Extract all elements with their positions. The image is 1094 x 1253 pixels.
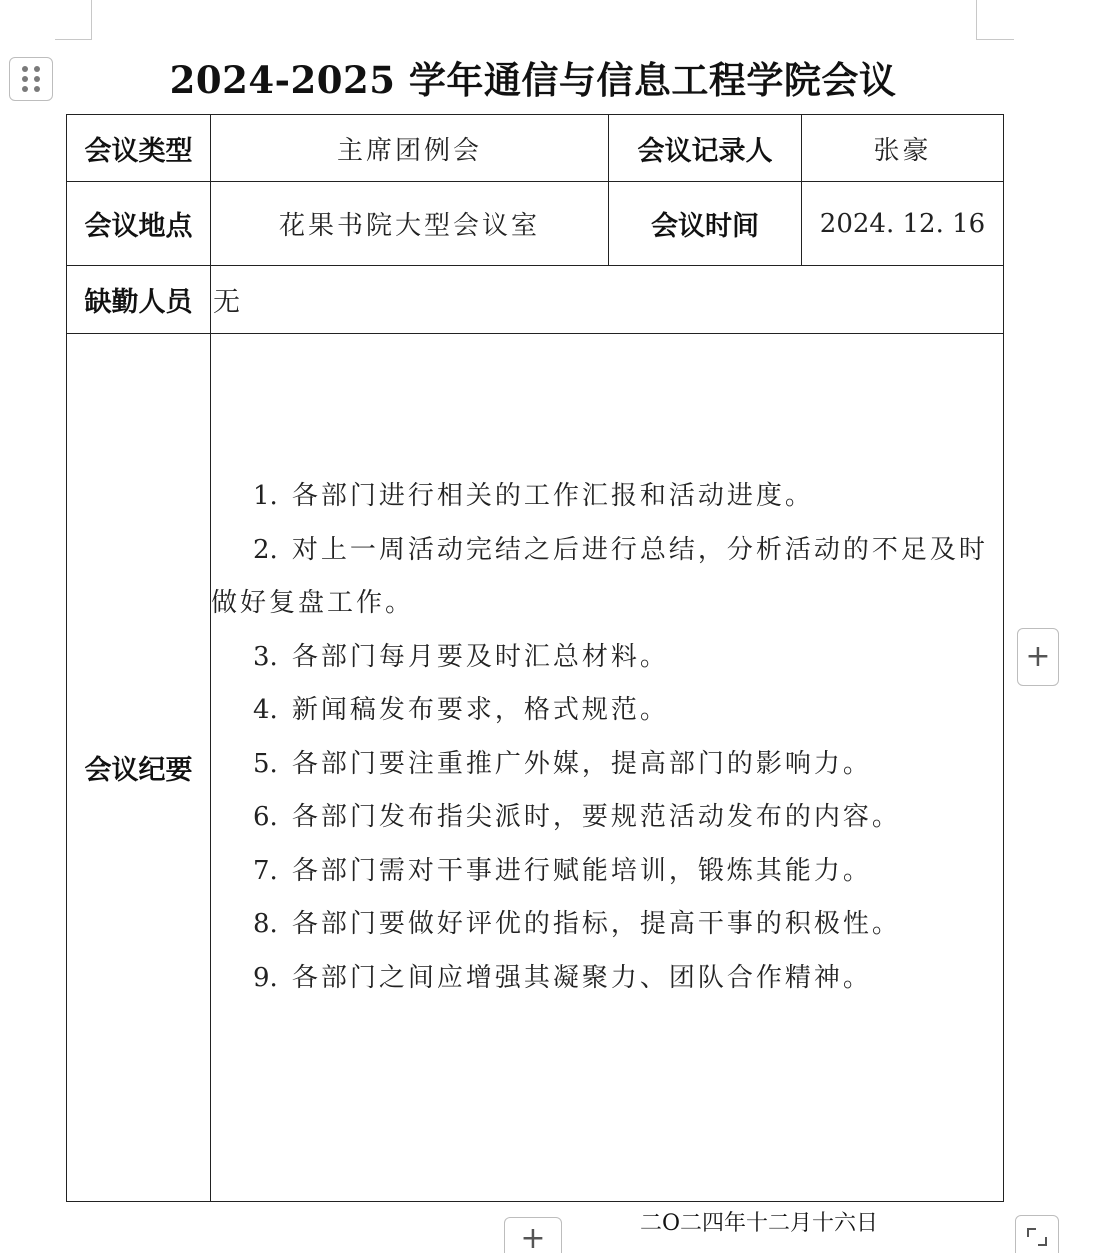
location-label: 会议地点 [67, 182, 211, 266]
minutes-content[interactable]: 1.各部门进行相关的工作汇报和活动进度。 2.对上一周活动完结之后进行总结，分析… [211, 334, 1004, 1202]
minutes-item: 2.对上一周活动完结之后进行总结，分析活动的不足及时做好复盘工作。 [211, 524, 1003, 631]
minutes-item: 7.各部门需对干事进行赋能培训，锻炼其能力。 [211, 845, 1003, 899]
minutes-item: 8.各部门要做好评优的指标，提高干事的积极性。 [211, 898, 1003, 952]
crop-mark-top-left [55, 0, 92, 40]
table-row-minutes: 会议纪要 1.各部门进行相关的工作汇报和活动进度。 2.对上一周活动完结之后进行… [67, 334, 1004, 1202]
meeting-table: 会议类型 主席团例会 会议记录人 张豪 会议地点 花果书院大型会议室 会议时间 … [66, 114, 1004, 1202]
minutes-item: 6.各部门发布指尖派时，要规范活动发布的内容。 [211, 791, 1003, 845]
add-row-button[interactable]: + [504, 1217, 562, 1253]
plus-icon: + [1025, 642, 1050, 672]
time-value[interactable]: 2024. 12. 16 [802, 182, 1004, 266]
meeting-type-value[interactable]: 主席团例会 [211, 115, 609, 182]
minutes-item: 4.新闻稿发布要求，格式规范。 [211, 684, 1003, 738]
resize-corner-icon [1038, 1237, 1047, 1246]
location-value[interactable]: 花果书院大型会议室 [211, 182, 609, 266]
minutes-item: 9.各部门之间应增强其凝聚力、团队合作精神。 [211, 952, 1003, 1006]
add-column-button[interactable]: + [1017, 628, 1059, 686]
plus-icon: + [520, 1224, 545, 1253]
resize-corner-icon [1027, 1228, 1036, 1237]
table-row-location: 会议地点 花果书院大型会议室 会议时间 2024. 12. 16 [67, 182, 1004, 266]
minutes-label: 会议纪要 [67, 334, 211, 1202]
meeting-type-label: 会议类型 [67, 115, 211, 182]
document-title: 2024-2025 学年通信与信息工程学院会议 [0, 50, 1066, 104]
recorder-label: 会议记录人 [609, 115, 802, 182]
minutes-item: 5.各部门要注重推广外媒，提高部门的影响力。 [211, 738, 1003, 792]
absent-label: 缺勤人员 [67, 266, 211, 334]
recorder-value[interactable]: 张豪 [802, 115, 1004, 182]
minutes-item: 3.各部门每月要及时汇总材料。 [211, 631, 1003, 685]
time-label: 会议时间 [609, 182, 802, 266]
crop-mark-top-right [976, 0, 1014, 40]
minutes-item: 1.各部门进行相关的工作汇报和活动进度。 [211, 470, 1003, 524]
table-row-absent: 缺勤人员 无 [67, 266, 1004, 334]
minutes-list: 1.各部门进行相关的工作汇报和活动进度。 2.对上一周活动完结之后进行总结，分析… [211, 470, 1003, 1005]
table-row-type: 会议类型 主席团例会 会议记录人 张豪 [67, 115, 1004, 182]
resize-table-button[interactable] [1015, 1215, 1059, 1253]
absent-value[interactable]: 无 [211, 266, 1004, 334]
footer-date: 二O二四年十二月十六日 [640, 1206, 878, 1237]
